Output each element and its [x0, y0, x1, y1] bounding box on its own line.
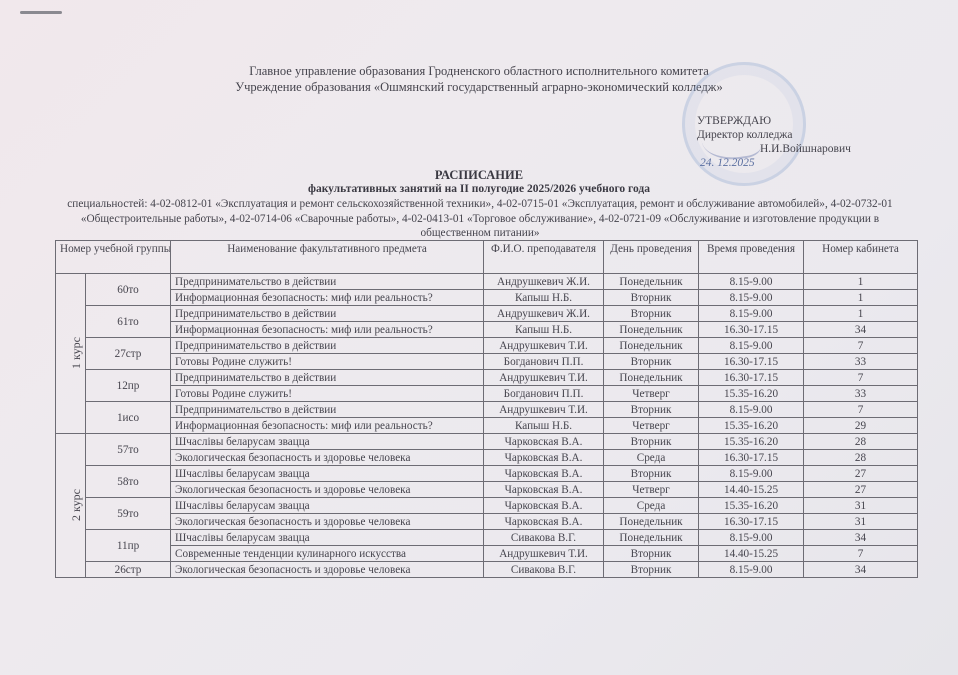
time-cell: 14.40-15.25 [699, 482, 804, 498]
column-header-teacher: Ф.И.О. преподавателя [484, 241, 604, 274]
room-cell: 34 [804, 530, 918, 546]
teacher-cell: Сивакова В.Г. [484, 562, 604, 578]
teacher-cell: Чарковская В.А. [484, 466, 604, 482]
group-number: 59то [86, 498, 171, 530]
day-cell: Понедельник [604, 274, 699, 290]
table-row: 27стрПредпринимательство в действииАндру… [56, 338, 918, 354]
day-cell: Понедельник [604, 370, 699, 386]
group-number: 58то [86, 466, 171, 498]
table-row: 61тоПредпринимательство в действииАндруш… [56, 306, 918, 322]
day-cell: Понедельник [604, 322, 699, 338]
document-subtitle: факультативных занятий на II полугодие 2… [0, 183, 958, 195]
group-number: 1исо [86, 402, 171, 434]
table-row: Экологическая безопасность и здоровье че… [56, 514, 918, 530]
subject-cell: Шчаслівы беларусам звацца [171, 530, 484, 546]
group-number: 11пр [86, 530, 171, 562]
subject-cell: Информационная безопасность: миф или реа… [171, 322, 484, 338]
specialties-list: специальностей: 4-02-0812-01 «Эксплуатац… [60, 197, 900, 241]
subject-cell: Готовы Родине служить! [171, 354, 484, 370]
time-cell: 14.40-15.25 [699, 546, 804, 562]
table-row: 1исоПредпринимательство в действииАндруш… [56, 402, 918, 418]
time-cell: 16.30-17.15 [699, 450, 804, 466]
subject-cell: Шчаслівы беларусам звацца [171, 434, 484, 450]
teacher-cell: Андрушкевич Т.И. [484, 370, 604, 386]
teacher-cell: Сивакова В.Г. [484, 530, 604, 546]
day-cell: Среда [604, 498, 699, 514]
course-label-text: 2 курс [69, 489, 83, 521]
course-label: 2 курс [56, 434, 86, 578]
table-row: Информационная безопасность: миф или реа… [56, 322, 918, 338]
time-cell: 8.15-9.00 [699, 274, 804, 290]
subject-cell: Предпринимательство в действии [171, 402, 484, 418]
subject-cell: Предпринимательство в действии [171, 338, 484, 354]
schedule-body: 1 курс60тоПредпринимательство в действии… [56, 274, 918, 578]
header-ministry: Главное управление образования Гродненск… [0, 63, 958, 79]
day-cell: Четверг [604, 386, 699, 402]
subject-cell: Информационная безопасность: миф или реа… [171, 418, 484, 434]
day-cell: Вторник [604, 306, 699, 322]
time-cell: 8.15-9.00 [699, 290, 804, 306]
day-cell: Вторник [604, 402, 699, 418]
teacher-cell: Богданович П.П. [484, 386, 604, 402]
day-cell: Вторник [604, 354, 699, 370]
day-cell: Вторник [604, 434, 699, 450]
subject-cell: Шчаслівы беларусам звацца [171, 466, 484, 482]
column-header-subject: Наименование факультативного предмета [171, 241, 484, 274]
time-cell: 8.15-9.00 [699, 530, 804, 546]
time-cell: 16.30-17.15 [699, 354, 804, 370]
approval-name: Н.И.Войшнарович [760, 142, 851, 156]
room-cell: 34 [804, 562, 918, 578]
subject-cell: Информационная безопасность: миф или реа… [171, 290, 484, 306]
time-cell: 8.15-9.00 [699, 338, 804, 354]
teacher-cell: Чарковская В.А. [484, 514, 604, 530]
day-cell: Понедельник [604, 338, 699, 354]
document-title: РАСПИСАНИЕ [0, 168, 958, 183]
group-number: 61то [86, 306, 171, 338]
column-header-group: Номер учебной группы [56, 241, 171, 274]
teacher-cell: Чарковская В.А. [484, 498, 604, 514]
time-cell: 16.30-17.15 [699, 322, 804, 338]
teacher-cell: Андрушкевич Т.И. [484, 402, 604, 418]
subject-cell: Экологическая безопасность и здоровье че… [171, 562, 484, 578]
header-college: Учреждение образования «Ошмянский госуда… [0, 79, 958, 95]
room-cell: 27 [804, 466, 918, 482]
teacher-cell: Андрушкевич Т.И. [484, 338, 604, 354]
table-row: 2 курс57тоШчаслівы беларусам зваццаЧарко… [56, 434, 918, 450]
day-cell: Вторник [604, 290, 699, 306]
approval-label: УТВЕРЖДАЮ [697, 114, 771, 128]
room-cell: 7 [804, 338, 918, 354]
table-row: Готовы Родине служить!Богданович П.П.Чет… [56, 386, 918, 402]
column-header-time: Время проведения [699, 241, 804, 274]
time-cell: 8.15-9.00 [699, 306, 804, 322]
teacher-cell: Капыш Н.Б. [484, 418, 604, 434]
group-number: 57то [86, 434, 171, 466]
room-cell: 7 [804, 370, 918, 386]
time-cell: 8.15-9.00 [699, 402, 804, 418]
table-row: Современные тенденции кулинарного искусс… [56, 546, 918, 562]
table-row: Готовы Родине служить!Богданович П.П.Вто… [56, 354, 918, 370]
column-header-room: Номер кабинета [804, 241, 918, 274]
course-label: 1 курс [56, 274, 86, 434]
table-row: Экологическая безопасность и здоровье че… [56, 450, 918, 466]
subject-cell: Современные тенденции кулинарного искусс… [171, 546, 484, 562]
schedule-table: Номер учебной группы Наименование факуль… [55, 240, 918, 578]
teacher-cell: Андрушкевич Ж.И. [484, 306, 604, 322]
day-cell: Четверг [604, 418, 699, 434]
table-row: 26стрЭкологическая безопасность и здоров… [56, 562, 918, 578]
table-row: Информационная безопасность: миф или реа… [56, 418, 918, 434]
teacher-cell: Чарковская В.А. [484, 434, 604, 450]
teacher-cell: Капыш Н.Б. [484, 290, 604, 306]
approval-position: Директор колледжа [697, 128, 792, 142]
day-cell: Вторник [604, 562, 699, 578]
room-cell: 1 [804, 274, 918, 290]
teacher-cell: Чарковская В.А. [484, 482, 604, 498]
subject-cell: Экологическая безопасность и здоровье че… [171, 482, 484, 498]
table-row: 58тоШчаслівы беларусам зваццаЧарковская … [56, 466, 918, 482]
room-cell: 31 [804, 498, 918, 514]
room-cell: 7 [804, 546, 918, 562]
day-cell: Вторник [604, 546, 699, 562]
time-cell: 15.35-16.20 [699, 434, 804, 450]
teacher-cell: Капыш Н.Б. [484, 322, 604, 338]
subject-cell: Экологическая безопасность и здоровье че… [171, 514, 484, 530]
teacher-cell: Богданович П.П. [484, 354, 604, 370]
day-cell: Понедельник [604, 530, 699, 546]
column-header-day: День проведения [604, 241, 699, 274]
day-cell: Четверг [604, 482, 699, 498]
time-cell: 15.35-16.20 [699, 386, 804, 402]
document-page: Главное управление образования Гродненск… [0, 0, 958, 675]
room-cell: 31 [804, 514, 918, 530]
room-cell: 33 [804, 354, 918, 370]
day-cell: Среда [604, 450, 699, 466]
room-cell: 29 [804, 418, 918, 434]
staple-mark [20, 11, 62, 14]
room-cell: 7 [804, 402, 918, 418]
room-cell: 27 [804, 482, 918, 498]
time-cell: 8.15-9.00 [699, 562, 804, 578]
table-row: 1 курс60тоПредпринимательство в действии… [56, 274, 918, 290]
time-cell: 15.35-16.20 [699, 498, 804, 514]
table-row: 12прПредпринимательство в действииАндруш… [56, 370, 918, 386]
subject-cell: Предпринимательство в действии [171, 370, 484, 386]
subject-cell: Экологическая безопасность и здоровье че… [171, 450, 484, 466]
room-cell: 1 [804, 290, 918, 306]
room-cell: 28 [804, 434, 918, 450]
table-row: 59тоШчаслівы беларусам зваццаЧарковская … [56, 498, 918, 514]
table-header-row: Номер учебной группы Наименование факуль… [56, 241, 918, 274]
table-row: Экологическая безопасность и здоровье че… [56, 482, 918, 498]
room-cell: 28 [804, 450, 918, 466]
room-cell: 33 [804, 386, 918, 402]
subject-cell: Готовы Родине служить! [171, 386, 484, 402]
table-row: Информационная безопасность: миф или реа… [56, 290, 918, 306]
room-cell: 1 [804, 306, 918, 322]
subject-cell: Шчаслівы беларусам звацца [171, 498, 484, 514]
teacher-cell: Чарковская В.А. [484, 450, 604, 466]
group-number: 27стр [86, 338, 171, 370]
time-cell: 15.35-16.20 [699, 418, 804, 434]
day-cell: Понедельник [604, 514, 699, 530]
table-row: 11прШчаслівы беларусам зваццаСивакова В.… [56, 530, 918, 546]
subject-cell: Предпринимательство в действии [171, 274, 484, 290]
group-number: 12пр [86, 370, 171, 402]
teacher-cell: Андрушкевич Ж.И. [484, 274, 604, 290]
room-cell: 34 [804, 322, 918, 338]
course-label-text: 1 курс [69, 337, 83, 369]
subject-cell: Предпринимательство в действии [171, 306, 484, 322]
group-number: 60то [86, 274, 171, 306]
teacher-cell: Андрушкевич Т.И. [484, 546, 604, 562]
day-cell: Вторник [604, 466, 699, 482]
time-cell: 16.30-17.15 [699, 370, 804, 386]
time-cell: 16.30-17.15 [699, 514, 804, 530]
group-number: 26стр [86, 562, 171, 578]
time-cell: 8.15-9.00 [699, 466, 804, 482]
